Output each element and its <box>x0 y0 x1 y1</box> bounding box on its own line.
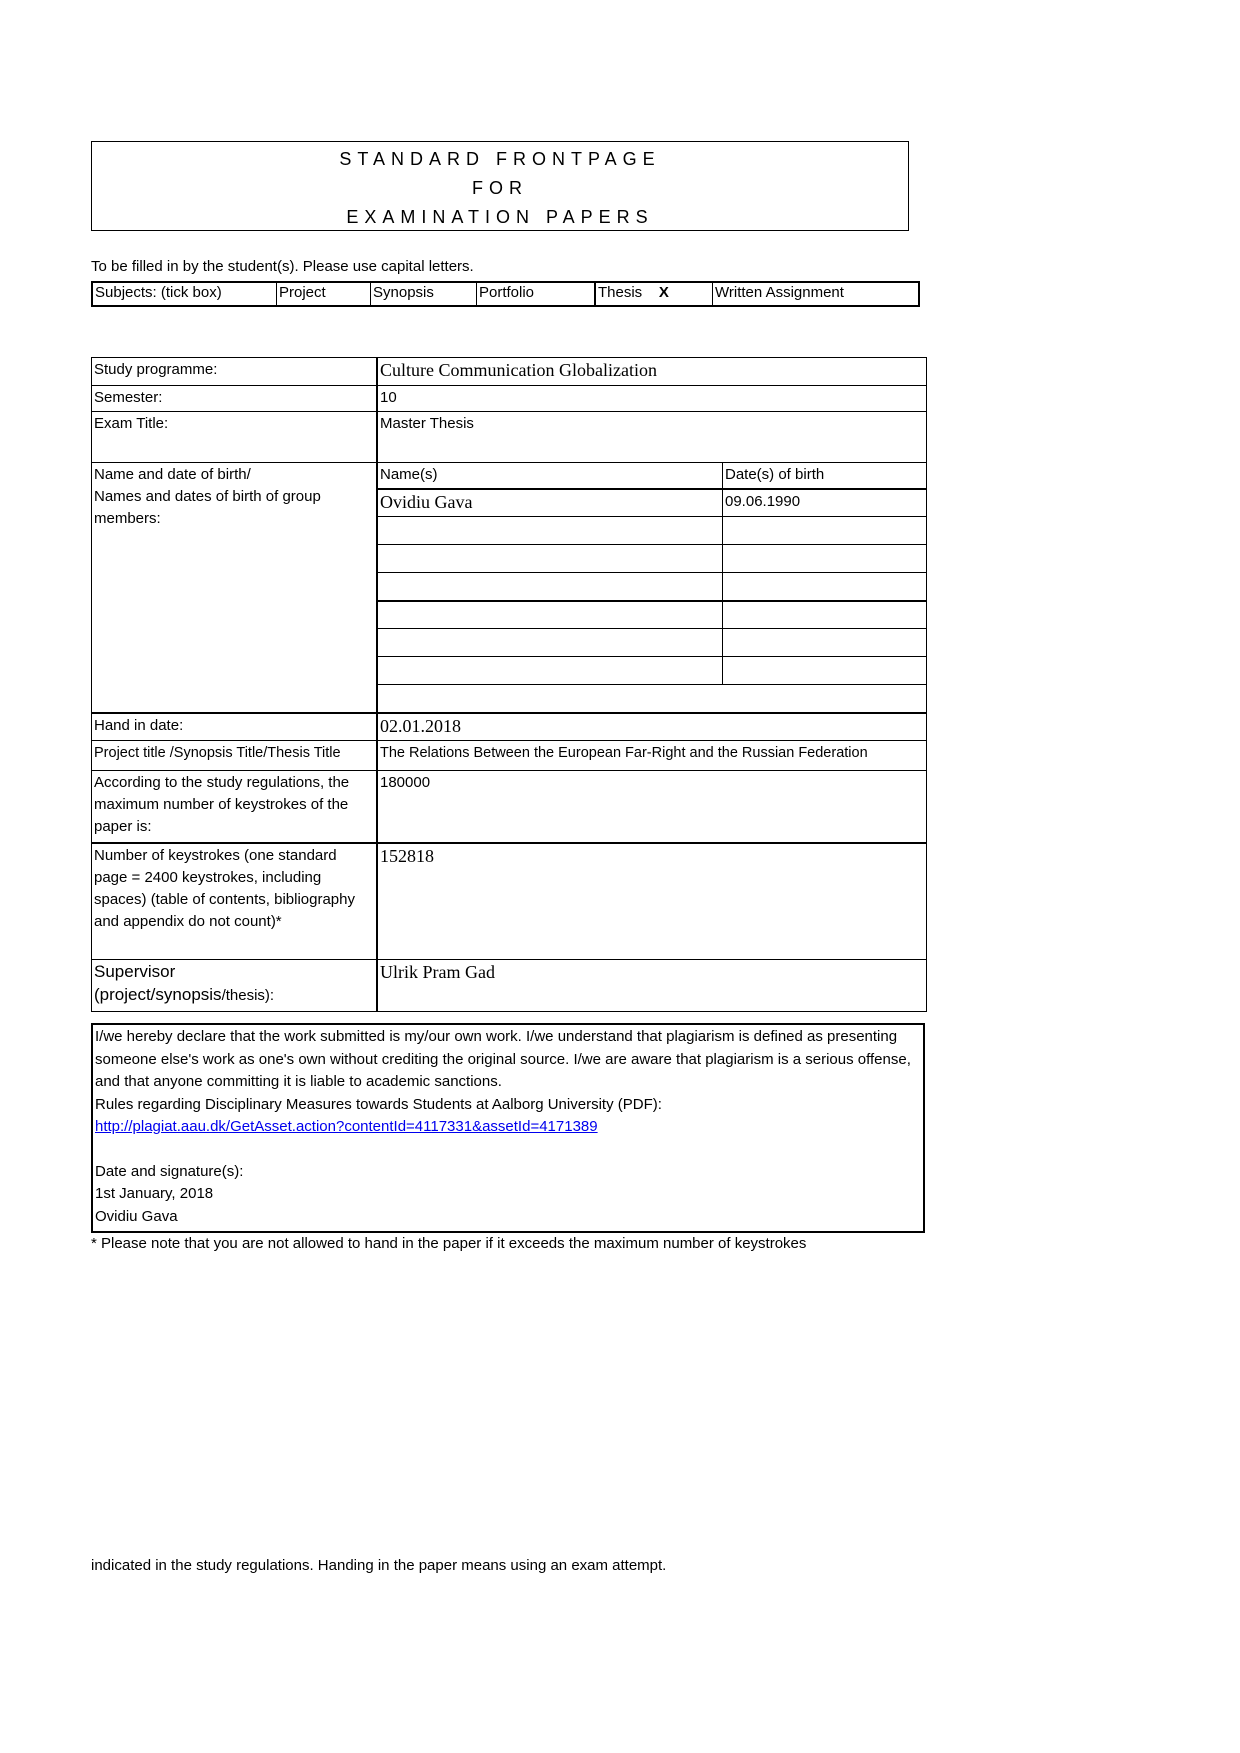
title-value[interactable]: The Relations Between the European Far-R… <box>377 741 927 771</box>
member-name[interactable] <box>377 657 723 685</box>
instruction-text: To be filled in by the student(s). Pleas… <box>91 258 474 275</box>
title-line-2: FOR <box>92 174 908 203</box>
title-label: Project title /Synopsis Title/Thesis Tit… <box>92 741 378 771</box>
max-keystrokes-value[interactable]: 180000 <box>377 771 927 843</box>
subject-project[interactable]: Project <box>277 283 371 305</box>
names-header: Name(s) <box>377 463 723 489</box>
footnote-line-1: * Please note that you are not allowed t… <box>91 1235 806 1252</box>
member-dob[interactable] <box>723 545 927 573</box>
rules-text: Rules regarding Disciplinary Measures to… <box>95 1094 921 1117</box>
declaration-text: I/we hereby declare that the work submit… <box>95 1026 921 1094</box>
member-name[interactable] <box>377 517 723 545</box>
subject-written-assignment[interactable]: Written Assignment <box>713 283 918 305</box>
signature-name: Ovidiu Gava <box>95 1206 921 1229</box>
footnote-line-2: indicated in the study regulations. Hand… <box>91 1557 666 1574</box>
member-dob[interactable] <box>723 657 927 685</box>
keystrokes-label: Number of keystrokes (one standard page … <box>92 843 378 960</box>
declaration-box: I/we hereby declare that the work submit… <box>91 1023 925 1233</box>
subjects-label: Subjects: (tick box) <box>93 283 277 305</box>
exam-title-label: Exam Title: <box>92 412 378 463</box>
title-box: STANDARD FRONTPAGE FOR EXAMINATION PAPER… <box>91 141 909 231</box>
subject-thesis[interactable]: Thesis X <box>595 283 713 305</box>
supervisor-label: Supervisor(project/synopsis/thesis): <box>92 960 378 1012</box>
exam-title-value[interactable]: Master Thesis <box>377 412 927 463</box>
member-name[interactable] <box>377 629 723 657</box>
supervisor-value[interactable]: Ulrik Pram Gad <box>377 960 927 1012</box>
dob-header: Date(s) of birth <box>723 463 927 489</box>
member-name[interactable]: Ovidiu Gava <box>377 489 723 517</box>
study-programme-value[interactable]: Culture Communication Globalization <box>377 358 927 386</box>
title-line-1: STANDARD FRONTPAGE <box>92 145 908 174</box>
member-dob[interactable] <box>723 601 927 629</box>
title-line-3: EXAMINATION PAPERS <box>92 203 908 232</box>
member-dob[interactable] <box>723 573 927 601</box>
selected-mark: X <box>659 284 669 301</box>
subject-portfolio[interactable]: Portfolio <box>477 283 595 305</box>
hand-in-value[interactable]: 02.01.2018 <box>377 713 927 741</box>
member-name[interactable] <box>377 545 723 573</box>
hand-in-label: Hand in date: <box>92 713 378 741</box>
signature-label: Date and signature(s): <box>95 1161 921 1184</box>
study-programme-label: Study programme: <box>92 358 378 386</box>
semester-label: Semester: <box>92 386 378 412</box>
names-label: Name and date of birth/Names and dates o… <box>92 463 378 713</box>
max-keystrokes-label: According to the study regulations, the … <box>92 771 378 843</box>
members-extra-row[interactable] <box>377 685 927 713</box>
member-name[interactable] <box>377 573 723 601</box>
member-dob[interactable]: 09.06.1990 <box>723 489 927 517</box>
subjects-row: Subjects: (tick box) Project Synopsis Po… <box>91 281 920 307</box>
subject-synopsis[interactable]: Synopsis <box>371 283 477 305</box>
form-table: Study programme: Culture Communication G… <box>91 357 927 1012</box>
keystrokes-value[interactable]: 152818 <box>377 843 927 960</box>
semester-value[interactable]: 10 <box>377 386 927 412</box>
member-name[interactable] <box>377 601 723 629</box>
signature-date: 1st January, 2018 <box>95 1183 921 1206</box>
member-dob[interactable] <box>723 629 927 657</box>
member-dob[interactable] <box>723 517 927 545</box>
rules-link[interactable]: http://plagiat.aau.dk/GetAsset.action?co… <box>95 1118 598 1135</box>
